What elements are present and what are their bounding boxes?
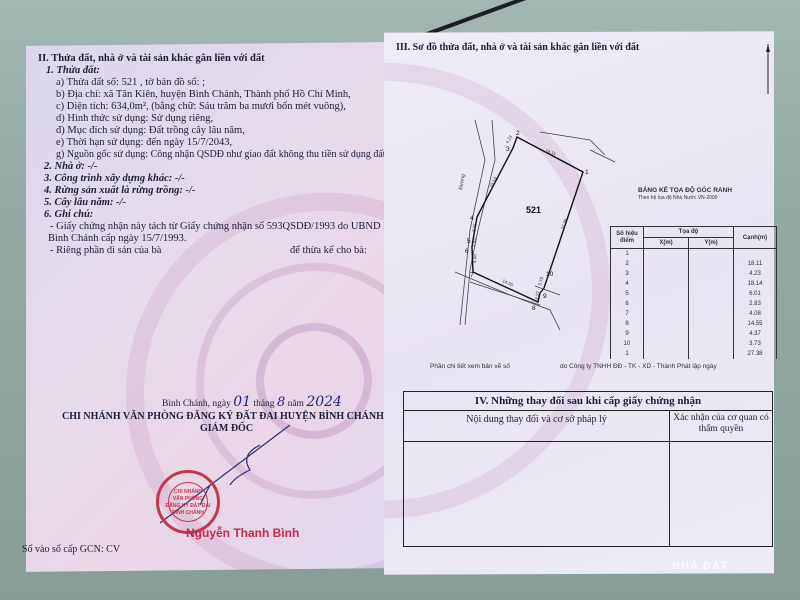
map-point-2: 2 [516,130,520,137]
date-line: Bình Chánh, ngày 01 tháng 8 năm 2024 [162,395,342,411]
map-point-4: 4 [470,215,474,222]
map-point-1: 1 [585,169,589,176]
coord-row: 56.01 [611,289,777,299]
coord-point: 7 [611,309,644,319]
coord-point: 2 [611,259,644,269]
coord-x [644,299,689,309]
coord-y [689,249,734,260]
col-point: Số hiệu điểm [611,227,644,249]
svg-text:4.37: 4.37 [534,290,541,300]
coordinate-table: Số hiệu điểm Tọa độ Cạnh(m) X(m) Y(m) 12… [610,226,777,359]
coord-row: 418.14 [611,279,777,289]
coord-x [644,329,689,339]
coord-x [644,279,689,289]
date-year-label: năm [288,399,304,409]
svg-text:4.23: 4.23 [505,134,514,145]
coord-y [689,339,734,349]
coord-edge: 18.11 [734,259,777,269]
svg-text:27.38: 27.38 [560,218,568,231]
parcel-number: 521 [526,205,541,215]
coord-table-subtitle: Theo hệ tọa độ Nhà Nước VN-2000 [638,195,717,201]
col-coord: Tọa độ [644,227,734,238]
coord-row: 127.38 [611,349,777,359]
coord-edge: 27.38 [734,349,777,359]
map-point-10: 10 [546,271,554,278]
coord-y [689,349,734,359]
col-edge: Cạnh(m) [734,227,777,249]
coord-row: 34.23 [611,269,777,279]
coord-x [644,309,689,319]
col-x: X(m) [644,238,689,249]
site-watermark: NHÀ ĐẤT [672,560,729,572]
coord-edge: 3.73 [734,339,777,349]
map-point-9: 9 [543,293,547,300]
coord-table-title: BẢNG KÊ TỌA ĐỘ GÓC RANH [638,187,732,194]
coord-point: 1 [611,349,644,359]
coord-row: 218.11 [611,259,777,269]
coord-row: 814.55 [611,319,777,329]
coord-y [689,289,734,299]
svg-text:4.08: 4.08 [472,254,477,263]
changes-col-content: Nội dung thay đổi và cơ sở pháp lý [404,411,670,441]
section-iii-title: III. Sơ đồ thửa đất, nhà ở và tài sản kh… [396,41,639,55]
date-year: 2024 [306,394,342,410]
map-point-3: 3 [506,146,510,153]
coord-y [689,279,734,289]
svg-text:2.83: 2.83 [471,237,477,247]
coord-edge: 2.83 [734,299,777,309]
coord-x [644,259,689,269]
register-number: Số vào sổ cấp GCN: CV [22,543,120,557]
coord-edge: 18.14 [734,279,777,289]
coord-edge: 4.08 [734,309,777,319]
map-point-8: 8 [532,305,536,312]
coord-y [689,329,734,339]
coord-x [644,249,689,260]
coord-y [689,299,734,309]
coord-point: 6 [611,299,644,309]
coord-edge: 4.37 [734,329,777,339]
coord-y [689,259,734,269]
coord-y [689,319,734,329]
changes-table: IV. Những thay đổi sau khi cấp giấy chứn… [403,391,773,547]
coord-row: 62.83 [611,299,777,309]
coord-row: 74.08 [611,309,777,319]
coord-point: 10 [611,339,644,349]
coord-x [644,319,689,329]
coord-edge: 6.01 [734,289,777,299]
coord-point: 1 [611,249,644,260]
coord-y [689,269,734,279]
coord-point: 8 [611,319,644,329]
date-month-label: tháng [253,399,274,409]
changes-title: IV. Những thay đổi sau khi cấp giấy chứn… [404,392,772,411]
coord-point: 9 [611,329,644,339]
signer-name: Nguyễn Thanh Bình [186,526,299,540]
coord-point: 3 [611,269,644,279]
svg-text:3.73: 3.73 [537,276,544,286]
date-prefix: Bình Chánh, ngày [162,399,231,409]
map-point-7: 7 [470,272,474,279]
coord-point: 5 [611,289,644,299]
svg-text:6.01: 6.01 [471,222,478,232]
company-note: do Công ty TNHH ĐĐ - TK - XD - Thành Phá… [560,363,717,370]
coord-edge: 14.55 [734,319,777,329]
coord-row: 94.37 [611,329,777,339]
coord-x [644,269,689,279]
date-month: 8 [277,395,285,410]
col-y: Y(m) [689,238,734,249]
coord-row: 103.73 [611,339,777,349]
coord-x [644,349,689,359]
official-red-stamp: CHI NHÁNH VĂN PHÒNG ĐĂNG KÝ ĐẤT ĐAI BÌNH… [156,470,220,534]
coord-point: 4 [611,279,644,289]
road-label: Đường [458,174,467,191]
note-line-4: để thừa kế cho bà: [290,244,367,258]
coord-edge: 4.23 [734,269,777,279]
coord-x [644,339,689,349]
changes-body [404,442,772,547]
svg-text:18.14: 18.14 [488,176,498,189]
coord-edge [734,249,777,260]
land-line-g: g) Nguồn gốc sử dụng: Công nhận QSDĐ như… [56,148,388,162]
coord-row: 1 [611,249,777,260]
north-arrow-icon [763,44,773,94]
detail-note: Phần chi tiết xem bản vẽ số [430,363,510,370]
parcel-map: 1 2 3 4 5 6 7 8 9 10 18.11 4.23 18.14 6.… [440,120,620,330]
map-point-6: 6 [465,248,469,255]
coord-y [689,309,734,319]
coord-x [644,289,689,299]
changes-col-confirmation: Xác nhận của cơ quan có thẩm quyền [670,411,772,441]
note-line-3: - Riêng phần di sản của bà [50,244,161,258]
date-day: 01 [233,394,251,410]
